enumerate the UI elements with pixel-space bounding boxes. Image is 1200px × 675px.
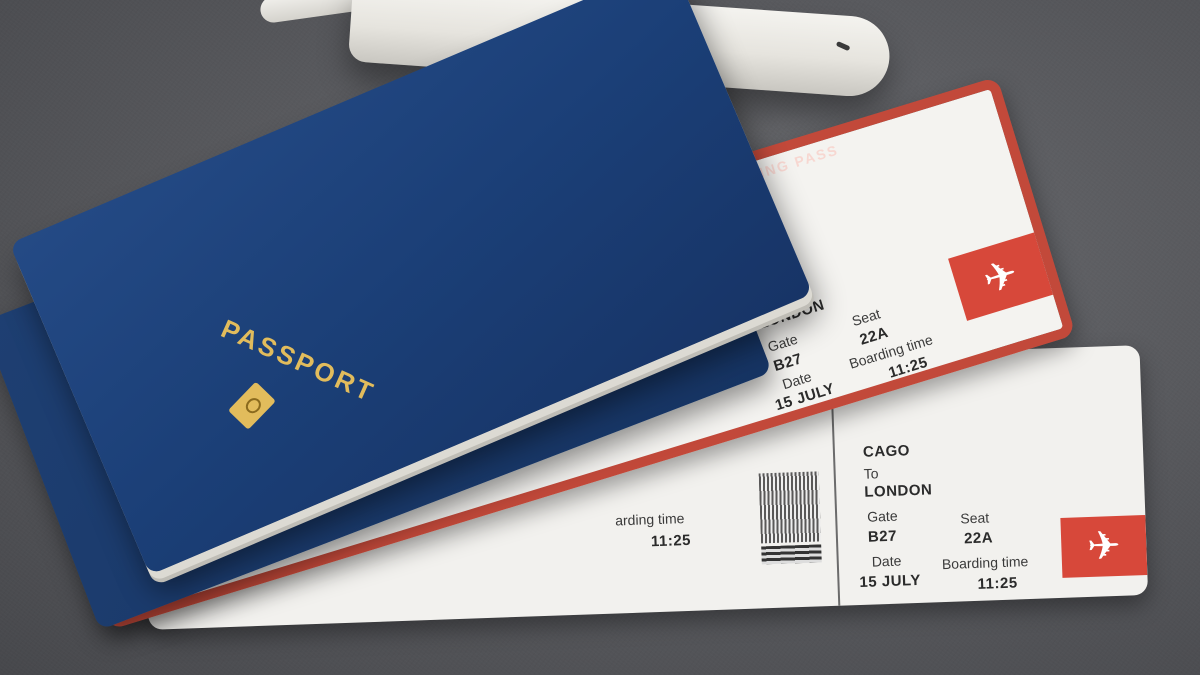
to-label: To [863, 466, 878, 481]
date-label: Date [872, 554, 902, 569]
boarding-time-label: Boarding time [942, 554, 1029, 571]
seat-label: Seat [850, 306, 882, 328]
seat-label: Seat [960, 510, 989, 525]
airplane-cockpit [836, 41, 851, 51]
travel-documents-photo: arding time 11:25 CAGO To LONDON Gate B2… [0, 0, 1200, 675]
passport-title: PASSPORT [216, 313, 379, 408]
stub-boarding-label: arding time [615, 511, 685, 527]
qr-code [759, 471, 821, 543]
gate-value: B27 [868, 529, 898, 545]
barcode [761, 544, 822, 564]
gate-label: Gate [867, 509, 898, 524]
origin-city: CAGO [863, 443, 910, 460]
airplane-icon: ✈ [948, 232, 1053, 320]
boarding-pass-header: ING PASS [758, 142, 840, 179]
boarding-time-value: 11:25 [977, 575, 1018, 591]
stub-boarding-time: 11:25 [651, 533, 692, 549]
seat-value: 22A [964, 530, 994, 546]
biometric-chip-icon [228, 382, 276, 430]
destination-city: LONDON [864, 482, 932, 499]
date-value: 15 JULY [859, 573, 921, 590]
airplane-icon: ✈ [1060, 515, 1147, 578]
